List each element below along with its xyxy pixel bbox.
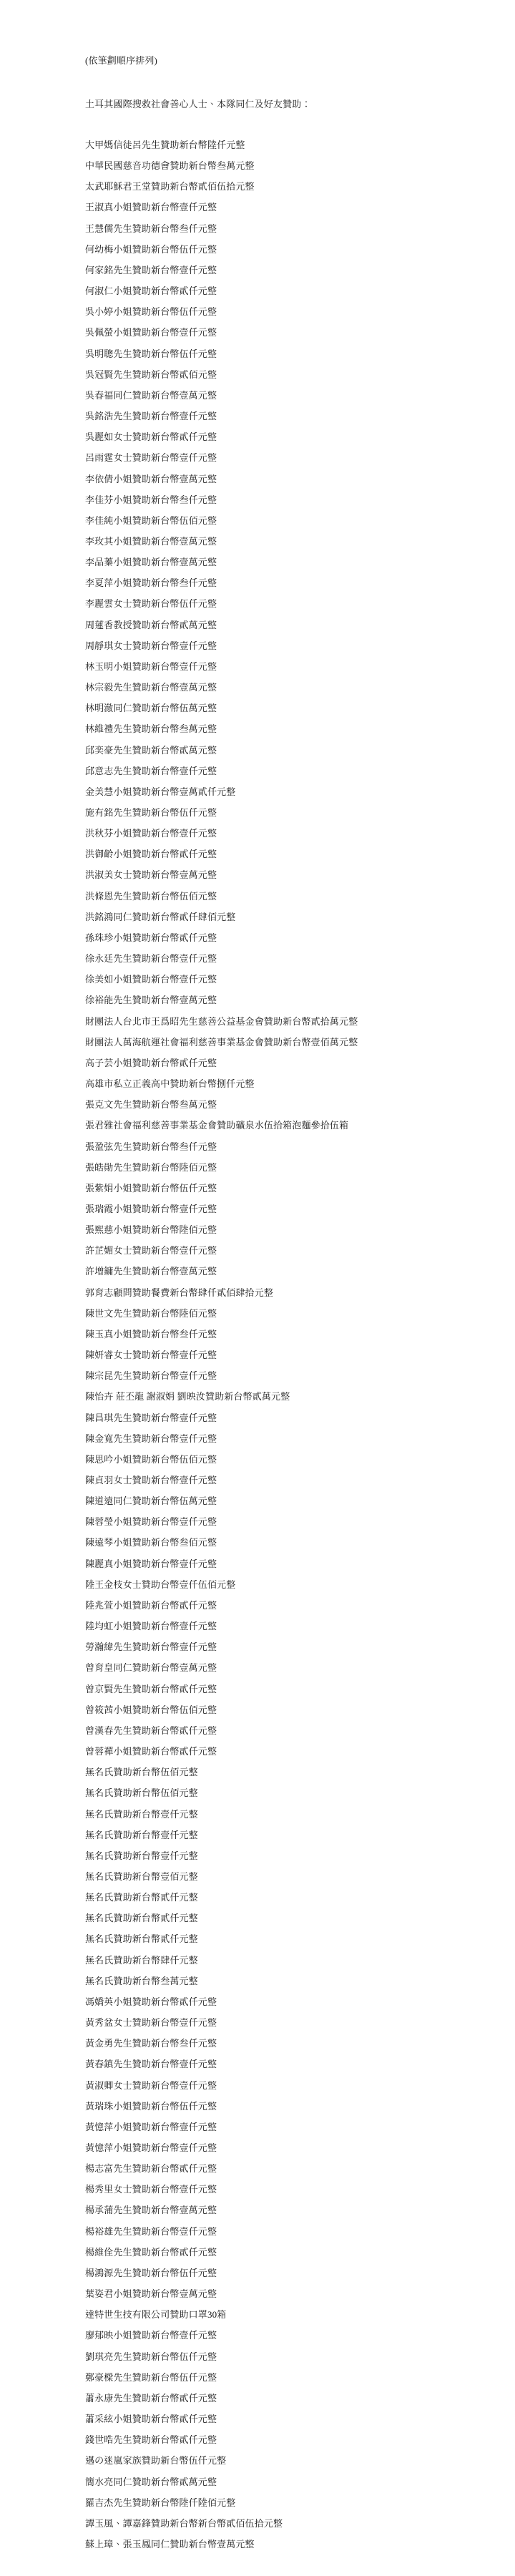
donor-entry: 李依倩小姐贊助新台幣壹萬元整 [85,469,486,489]
donor-entry: 楊鴻源先生贊助新台幣伍仟元整 [85,2263,486,2283]
donor-entry: 無名氏贊助新台幣壹仟元整 [85,1845,486,1866]
donor-entry: 張皓勛先生贊助新台幣陸佰元整 [85,1157,486,1178]
donor-entry: 黃瑞珠小姐贊助新台幣伍仟元整 [85,2096,486,2117]
donor-entry: 簡水亮同仁贊助新台幣貳萬元整 [85,2472,486,2492]
donor-entry: 陳蓉瑩小姐贊助新台幣壹仟元整 [85,1511,486,1532]
donor-entry: 財團法人萬海航運社會福利慈善事業基金會贊助新台幣壹佰萬元整 [85,1032,486,1053]
donor-entry: 曾漢春先生贊助新台幣貳仟元整 [85,1720,486,1741]
donor-entry: 何幼梅小姐贊助新台幣伍仟元整 [85,239,486,260]
donor-entry: 陸兆萱小姐贊助新台幣貳仟元整 [85,1595,486,1616]
donor-entry: 楊維佺先生贊助新台幣貳仟元整 [85,2242,486,2263]
donor-entry: 洪淑美女士贊助新台幣壹萬元整 [85,864,486,885]
donor-entry: 吳佩螢小姐贊助新台幣壹仟元整 [85,322,486,343]
donor-entry: 林維禮先生贊助新台幣叁萬元整 [85,718,486,739]
donor-entry: 廖郁映小姐贊助新台幣壹仟元整 [85,2325,486,2346]
donor-entry: 財團法人台北市王爲昭先生慈善公益基金會贊助新台幣貳拾萬元整 [85,1011,486,1032]
donor-entry: 無名氏贊助新台幣伍佰元整 [85,1762,486,1782]
donor-entry: 金美慧小姐贊助新台幣壹萬貳仟元整 [85,781,486,802]
donor-entry: 無名氏贊助新台幣壹仟元整 [85,1804,486,1825]
intro-line: 土耳其國際搜救社會善心人士、本隊同仁及好友贊助： [85,97,486,112]
donor-entry: 馮嬌英小姐贊助新台幣貳仟元整 [85,1991,486,2012]
donor-entry: 太武耶穌君王堂贊助新台幣貳佰伍拾元整 [85,176,486,197]
donor-entry: 徐美如小姐贊助新台幣壹仟元整 [85,969,486,990]
donor-entry: 楊承蒲先生贊助新台幣壹萬元整 [85,2200,486,2220]
donor-entry: 李夏萍小姐贊助新台幣叁仟元整 [85,572,486,593]
donor-entry: 徐裕能先生贊助新台幣壹萬元整 [85,990,486,1010]
donor-entry: 無名氏贊助新台幣貳仟元整 [85,1887,486,1908]
donor-entry: 郭育志顧問贊助餐費新台幣肆仟貳佰肆拾元整 [85,1282,486,1303]
donor-entry: 吳冠賢先生贊助新台幣貳佰元整 [85,364,486,385]
donor-entry: 勞瀚緯先生贊助新台幣壹仟元整 [85,1636,486,1657]
donor-entry: 陸王金枝女士贊助台幣壹仟伍佰元整 [85,1574,486,1595]
donor-entry: 達特世生技有限公司贊助口罩30箱 [85,2304,486,2325]
donor-entry: 無名氏贊助新台幣肆仟元整 [85,1950,486,1971]
donor-entry: 無名氏贊助新台幣壹仟元整 [85,1825,486,1845]
donor-entry: 王慧儒先生贊助新台幣叁仟元整 [85,218,486,239]
donor-entry: 錢世晧先生贊助新台幣貳仟元整 [85,2429,486,2450]
donor-entry: 黃春鎮先生贊助新台幣壹仟元整 [85,2054,486,2074]
donor-entry: 許增鏞先生贊助新台幣壹萬元整 [85,1261,486,1282]
donor-entry: 吳麗如女士贊助新台幣貳仟元整 [85,426,486,447]
donor-entry: 黃金勇先生贊助新台幣叁仟元整 [85,2033,486,2054]
document-page: (依筆劃順序排列) 土耳其國際搜救社會善心人士、本隊同仁及好友贊助： 大甲媽信徒… [0,0,515,2576]
donor-entry: 王淑真小姐贊助新台幣壹仟元整 [85,197,486,218]
donor-entry: 蘇上璋、張玉鳳同仁贊助新台幣壹萬元整 [85,2534,486,2555]
donor-entry: 黃憶萍小姐贊助新台幣壹仟元整 [85,2137,486,2158]
donor-entry: 黃憶萍小姐贊助新台幣壹仟元整 [85,2117,486,2137]
donor-entry: 無名氏贊助新台幣貳仟元整 [85,1908,486,1928]
donor-entry: 李麗雲女士贊助新台幣伍仟元整 [85,593,486,614]
donor-entry: 張君雅社會福利慈善事業基金會贊助礦泉水伍拾箱泡麵參拾伍箱 [85,1115,486,1136]
donor-entry: 張紫娟小姐贊助新台幣伍仟元整 [85,1178,486,1199]
donor-entry: 陳玉真小姐贊助新台幣叁仟元整 [85,1324,486,1345]
donor-entry: 李佳純小姐贊助新台幣伍佰元整 [85,510,486,531]
donor-entry: 周靜琪女士贊助新台幣壹仟元整 [85,635,486,656]
donor-entry: 曾京賢先生贊助新台幣貳仟元整 [85,1679,486,1699]
donor-entry: 孫珠珍小姐贊助新台幣貳仟元整 [85,927,486,948]
donor-entry: 劉琪亮先生贊助新台幣伍仟元整 [85,2346,486,2367]
donor-entry: 何家銘先生贊助新台幣壹仟元整 [85,260,486,280]
donor-entry: 中華民國慈音功德會贊助新台幣叁萬元整 [85,155,486,176]
donor-entry: 蕭永康先生贊助新台幣貳仟元整 [85,2388,486,2409]
donor-list: 大甲媽信徒呂先生贊助新台幣陸仟元整中華民國慈音功德會贊助新台幣叁萬元整太武耶穌君… [85,135,486,2555]
donor-entry: 高子芸小姐贊助新台幣貳仟元整 [85,1053,486,1073]
donor-entry: 邱奕豪先生贊助新台幣貳萬元整 [85,740,486,761]
donor-entry: 林宗毅先生贊助新台幣壹萬元整 [85,677,486,698]
donor-entry: 羅吉杰先生贊助新台幣陸仟陸佰元整 [85,2492,486,2513]
donor-entry: 曾蓉禪小姐贊助新台幣貳仟元整 [85,1741,486,1762]
donor-entry: 陳貞羽女士贊助新台幣壹仟元整 [85,1470,486,1491]
donor-entry: 張熙慈小姐贊助新台幣陸佰元整 [85,1219,486,1240]
donor-entry: 高雄市私立正義高中贊助新台幣捌仟元整 [85,1073,486,1094]
donor-entry: 無名氏贊助新台幣叁萬元整 [85,1971,486,1991]
donor-entry: 陳怡卉 莊丕龍 謝淑娟 劉映汝贊助新台幣貳萬元整 [85,1386,486,1407]
donor-entry: 林明澈同仁贊助新台幣伍萬元整 [85,698,486,718]
donor-entry: 陳宗昆先生贊助新台幣壹仟元整 [85,1365,486,1386]
donor-entry: 洪御齡小姐贊助新台幣貳仟元整 [85,844,486,864]
donor-entry: 楊裕雄先生贊助新台幣壹仟元整 [85,2221,486,2242]
donor-entry: 黃秀盆女士贊助新台幣壹仟元整 [85,2012,486,2033]
donor-entry: 施有銘先生贊助新台幣伍仟元整 [85,802,486,823]
donor-entry: 無名氏贊助新台幣壹佰元整 [85,1866,486,1887]
donor-entry: 呂雨霆女士贊助新台幣壹仟元整 [85,447,486,468]
donor-entry: 陳金寬先生贊助新台幣壹仟元整 [85,1428,486,1449]
donor-entry: 鄭豪樑先生贊助新台幣伍仟元整 [85,2367,486,2388]
donor-entry: 徐永廷先生贊助新台幣壹仟元整 [85,948,486,969]
donor-entry: 張克文先生贊助新台幣叁萬元整 [85,1094,486,1115]
donor-entry: 陳遠琴小姐贊助新台幣叁佰元整 [85,1532,486,1553]
donor-entry: 楊秀里女士贊助新台幣壹仟元整 [85,2179,486,2200]
donor-entry: 陳道遠同仁贊助新台幣伍萬元整 [85,1491,486,1511]
donor-entry: 陳妍睿女士贊助新台幣壹仟元整 [85,1345,486,1365]
donor-entry: 邁の迷嵐家族贊助新台幣伍仟元整 [85,2450,486,2471]
donor-entry: 吳明聰先生贊助新台幣伍仟元整 [85,343,486,364]
donor-entry: 曾筱茜小姐贊助新台幣伍佰元整 [85,1699,486,1720]
donor-entry: 吳銘浩先生贊助新台幣壹仟元整 [85,406,486,426]
donor-entry: 蕭采絃小姐贊助新台幣貳仟元整 [85,2409,486,2429]
donor-entry: 李佳芬小姐贊助新台幣叁仟元整 [85,489,486,510]
donor-entry: 林玉明小姐贊助新台幣壹仟元整 [85,656,486,677]
donor-entry: 李玫其小姐贊助新台幣壹萬元整 [85,531,486,552]
donor-entry: 陳世文先生贊助新台幣陸佰元整 [85,1303,486,1324]
donor-entry: 黃淑卿女士贊助新台幣壹仟元整 [85,2075,486,2096]
donor-entry: 許芷媚女士贊助新台幣壹仟元整 [85,1240,486,1261]
donor-entry: 洪秋芬小姐贊助新台幣壹仟元整 [85,823,486,844]
donor-entry: 葉姿君小姐贊助新台幣壹萬元整 [85,2283,486,2304]
donor-entry: 陳昌琪先生贊助新台幣壹仟元整 [85,1407,486,1428]
donor-entry: 無名氏贊助新台幣伍佰元整 [85,1782,486,1803]
donor-entry: 洪條恩先生贊助新台幣伍佰元整 [85,886,486,907]
donor-entry: 陳思吟小姐贊助新台幣伍佰元整 [85,1449,486,1470]
donor-entry: 周蓮香教授贊助新台幣貳萬元整 [85,615,486,635]
donor-entry: 吳小婷小姐贊助新台幣伍仟元整 [85,301,486,322]
donor-entry: 曾育皇同仁贊助新台幣壹萬元整 [85,1657,486,1678]
donor-entry: 大甲媽信徒呂先生贊助新台幣陸仟元整 [85,135,486,155]
sort-order-note: (依筆劃順序排列) [85,0,486,68]
donor-entry: 洪銘鴻同仁贊助新台幣貳仟肆佰元整 [85,907,486,927]
donor-entry: 何淑仁小姐贊助新台幣貳仟元整 [85,280,486,301]
donor-entry: 陳麗真小姐贊助新台幣壹仟元整 [85,1553,486,1574]
donor-entry: 楊志富先生贊助新台幣貳仟元整 [85,2158,486,2179]
donor-entry: 陸均虹小姐贊助新台幣壹仟元整 [85,1616,486,1636]
donor-entry: 張瑞霞小姐贊助新台幣壹仟元整 [85,1199,486,1219]
donor-entry: 張盈弦先生贊助新台幣叁仟元整 [85,1136,486,1157]
donor-entry: 無名氏贊助新台幣貳仟元整 [85,1928,486,1949]
donor-entry: 邱意志先生贊助新台幣壹仟元整 [85,761,486,781]
donor-entry: 譚玉風、譚嘉鋒贊助新台幣新台幣貳佰伍拾元整 [85,2513,486,2534]
donor-entry: 李品蓁小姐贊助新台幣壹萬元整 [85,552,486,572]
donor-entry: 吳春福同仁贊助新台幣壹萬元整 [85,385,486,406]
